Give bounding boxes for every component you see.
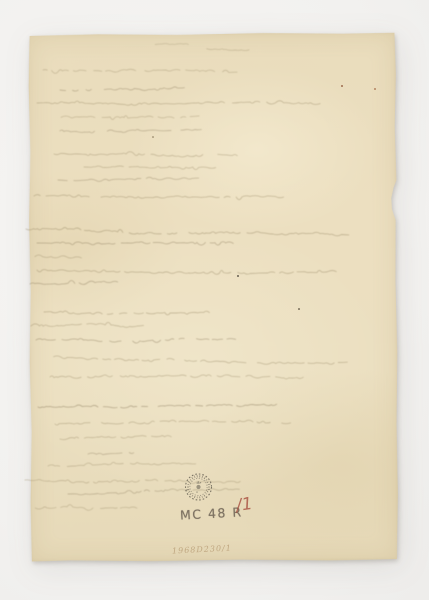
scan-background: MC 48 R /1 1968D230/1 <box>0 0 429 600</box>
item-number-red-pencil: /1 <box>235 494 254 516</box>
paper-speck <box>237 275 239 277</box>
document-page-wrapper <box>28 32 399 562</box>
document-page <box>28 32 399 562</box>
paper-speck <box>298 308 300 310</box>
paper-speck <box>374 88 376 90</box>
paper-speck <box>341 85 343 87</box>
paper-speck <box>152 136 154 138</box>
